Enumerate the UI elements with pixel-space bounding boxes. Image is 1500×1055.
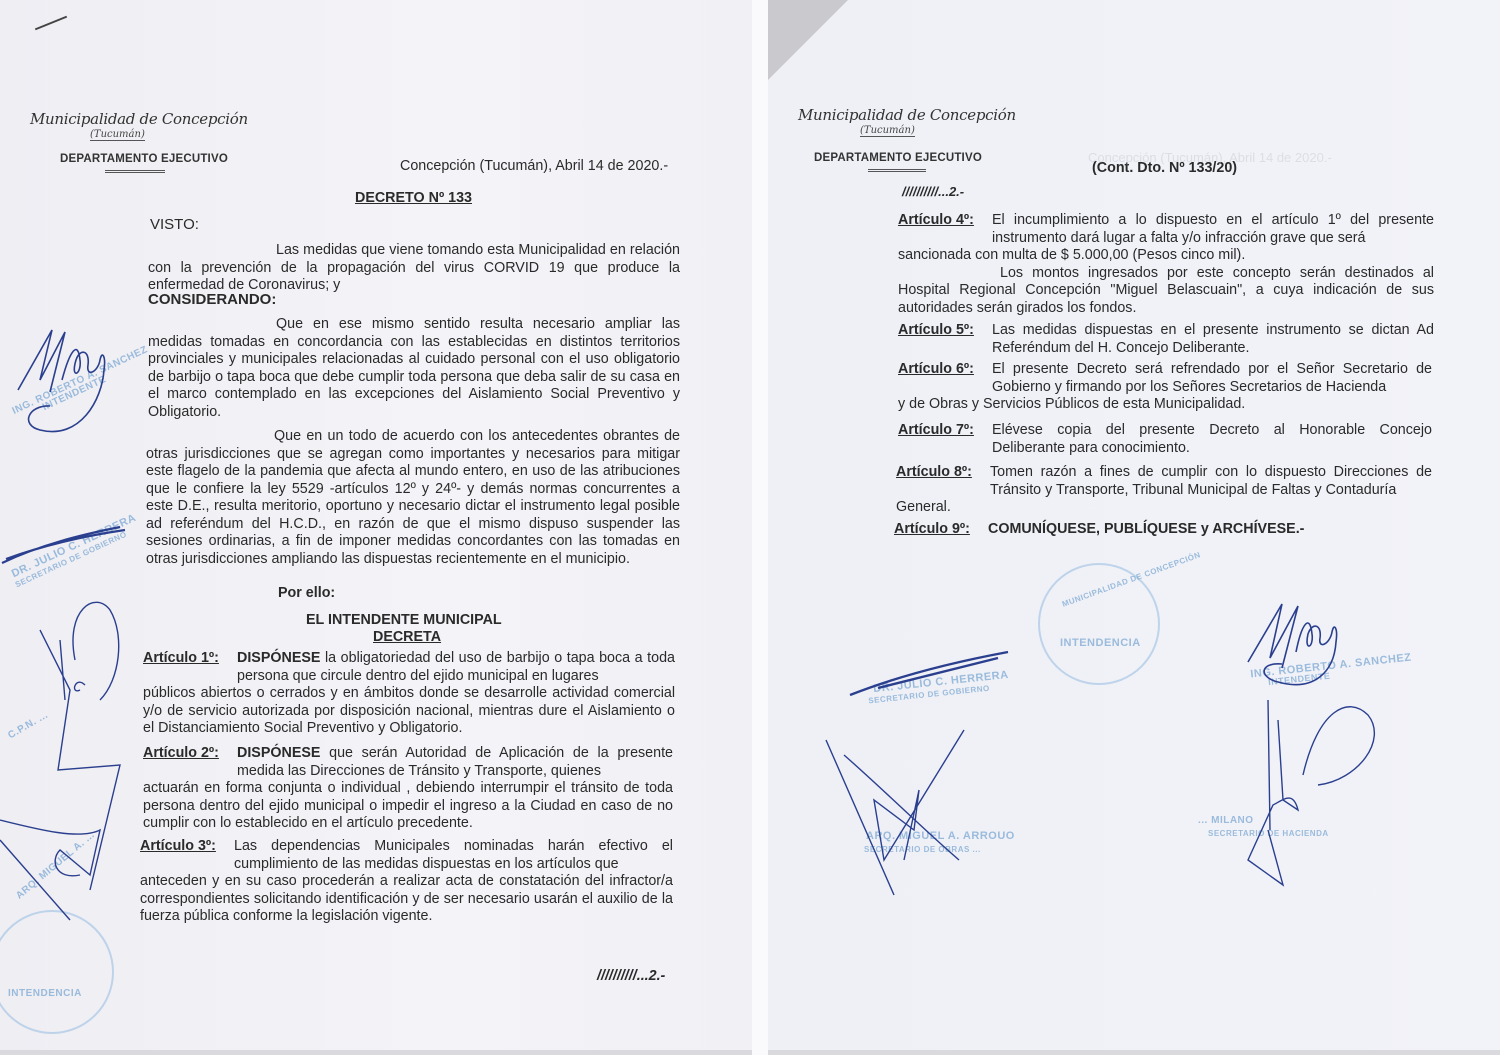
article-3-label: Artículo 3º: bbox=[140, 838, 234, 873]
show-through-text: Concepción (Tucumán), Abril 14 de 2020.- bbox=[1088, 150, 1332, 165]
article-4-rest: sancionada con multa de $ 5.000,00 (Peso… bbox=[898, 247, 1434, 265]
signature-gobierno-2 bbox=[848, 640, 1018, 705]
visto-heading: VISTO: bbox=[150, 216, 199, 234]
pen-mark bbox=[35, 16, 67, 31]
article-4: Artículo 4º: El incumplimiento a lo disp… bbox=[898, 212, 1434, 317]
signature-obras-2 bbox=[824, 730, 984, 905]
article-2-label: Artículo 2º: bbox=[143, 745, 237, 780]
article-2: Artículo 2º: DISPÓNESE que serán Autorid… bbox=[143, 745, 673, 833]
visto-text: Las medidas que viene tomando esta Munic… bbox=[148, 242, 680, 295]
article-4-first: El incumplimiento a lo dispuesto en el a… bbox=[992, 212, 1434, 247]
page-gap bbox=[752, 0, 768, 1055]
por-ello: Por ello: bbox=[278, 585, 335, 603]
article-2-rest: actuarán en forma conjunta o individual … bbox=[143, 780, 673, 833]
signature-hacienda bbox=[0, 590, 140, 975]
decree-title: DECRETO Nº 133 bbox=[355, 190, 472, 208]
considerando-heading: CONSIDERANDO: bbox=[148, 291, 276, 309]
document-page-1: Municipalidad de Concepción (Tucumán) DE… bbox=[0, 0, 752, 1050]
seal-intendencia: INTENDENCIA bbox=[8, 988, 82, 999]
letterhead-department: DEPARTAMENTO EJECUTIVO bbox=[60, 153, 228, 165]
article-9-label: Artículo 9º: bbox=[894, 521, 988, 539]
article-8-first: Tomen razón a fines de cumplir con lo di… bbox=[990, 464, 1432, 499]
article-5-label: Artículo 5º: bbox=[898, 322, 992, 357]
article-6-rest: y de Obras y Servicios Públicos de esta … bbox=[898, 396, 1432, 414]
article-6: Artículo 6º: El presente Decreto será re… bbox=[898, 361, 1432, 414]
article-5: Artículo 5º: Las medidas dispuestas en e… bbox=[898, 322, 1434, 357]
article-6-label: Artículo 6º: bbox=[898, 361, 992, 396]
letterhead-underline-2 bbox=[868, 169, 926, 172]
letterhead-province: (Tucumán) bbox=[90, 129, 145, 141]
letterhead-municipality: Municipalidad de Concepción bbox=[30, 110, 248, 128]
article-3-rest: anteceden y en su caso procederán a real… bbox=[140, 873, 673, 926]
letterhead-municipality-2: Municipalidad de Concepción bbox=[798, 106, 1016, 124]
folded-corner bbox=[768, 0, 848, 80]
intendente-heading: EL INTENDENTE MUNICIPAL bbox=[306, 612, 502, 630]
article-9-first: COMUNÍQUESE, PUBLÍQUESE y ARCHÍVESE.- bbox=[988, 521, 1430, 539]
municipal-seal-2 bbox=[1038, 563, 1160, 685]
article-5-first: Las medidas dispuestas en el presente in… bbox=[992, 322, 1434, 357]
letterhead-province-2: (Tucumán) bbox=[860, 125, 915, 137]
considerando-paragraph-2: Que en un todo de acuerdo con los antece… bbox=[146, 428, 680, 568]
signature-intendente-2 bbox=[1238, 592, 1358, 697]
article-7-first: Elévese copia del presente Decreto al Ho… bbox=[992, 422, 1432, 457]
article-4-extra: Los montos ingresados por este concepto … bbox=[898, 265, 1434, 318]
article-1-label: Artículo 1º: bbox=[143, 650, 237, 685]
article-3-first: Las dependencias Municipales nominadas h… bbox=[234, 838, 673, 873]
article-1-lead: DISPÓNESE bbox=[237, 650, 320, 666]
article-8: Artículo 8º: Tomen razón a fines de cump… bbox=[896, 464, 1432, 517]
letterhead-department-2: DEPARTAMENTO EJECUTIVO bbox=[814, 152, 982, 164]
article-3: Artículo 3º: Las dependencias Municipale… bbox=[140, 838, 673, 926]
article-6-first: El presente Decreto será refrendado por … bbox=[992, 361, 1432, 396]
article-1: Artículo 1º: DISPÓNESE la obligatoriedad… bbox=[143, 650, 675, 738]
page-continuation-marker: //////////...2.- bbox=[597, 968, 665, 986]
article-7: Artículo 7º: Elévese copia del presente … bbox=[898, 422, 1432, 457]
seal-intendencia-2: INTENDENCIA bbox=[1060, 637, 1141, 649]
signature-gobierno bbox=[0, 525, 130, 570]
decreta-heading: DECRETA bbox=[373, 629, 441, 647]
letterhead-underline bbox=[105, 170, 165, 173]
article-9: Artículo 9º: COMUNÍQUESE, PUBLÍQUESE y A… bbox=[894, 521, 1430, 539]
signature-intendente bbox=[10, 320, 120, 445]
signature-hacienda-2 bbox=[1238, 700, 1388, 895]
article-8-rest: General. bbox=[896, 499, 1432, 517]
article-8-label: Artículo 8º: bbox=[896, 464, 990, 499]
article-4-label: Artículo 4º: bbox=[898, 212, 992, 247]
date-line: Concepción (Tucumán), Abril 14 de 2020.- bbox=[400, 158, 668, 176]
document-page-2: Municipalidad de Concepción (Tucumán) DE… bbox=[768, 0, 1500, 1050]
article-1-rest: públicos abiertos o cerrados y en ámbito… bbox=[143, 685, 675, 738]
considerando-paragraph-1: Que en ese mismo sentido resulta necesar… bbox=[148, 316, 680, 421]
article-2-lead: DISPÓNESE bbox=[237, 745, 320, 761]
page-marker: //////////...2.- bbox=[902, 183, 964, 201]
article-7-label: Artículo 7º: bbox=[898, 422, 992, 457]
